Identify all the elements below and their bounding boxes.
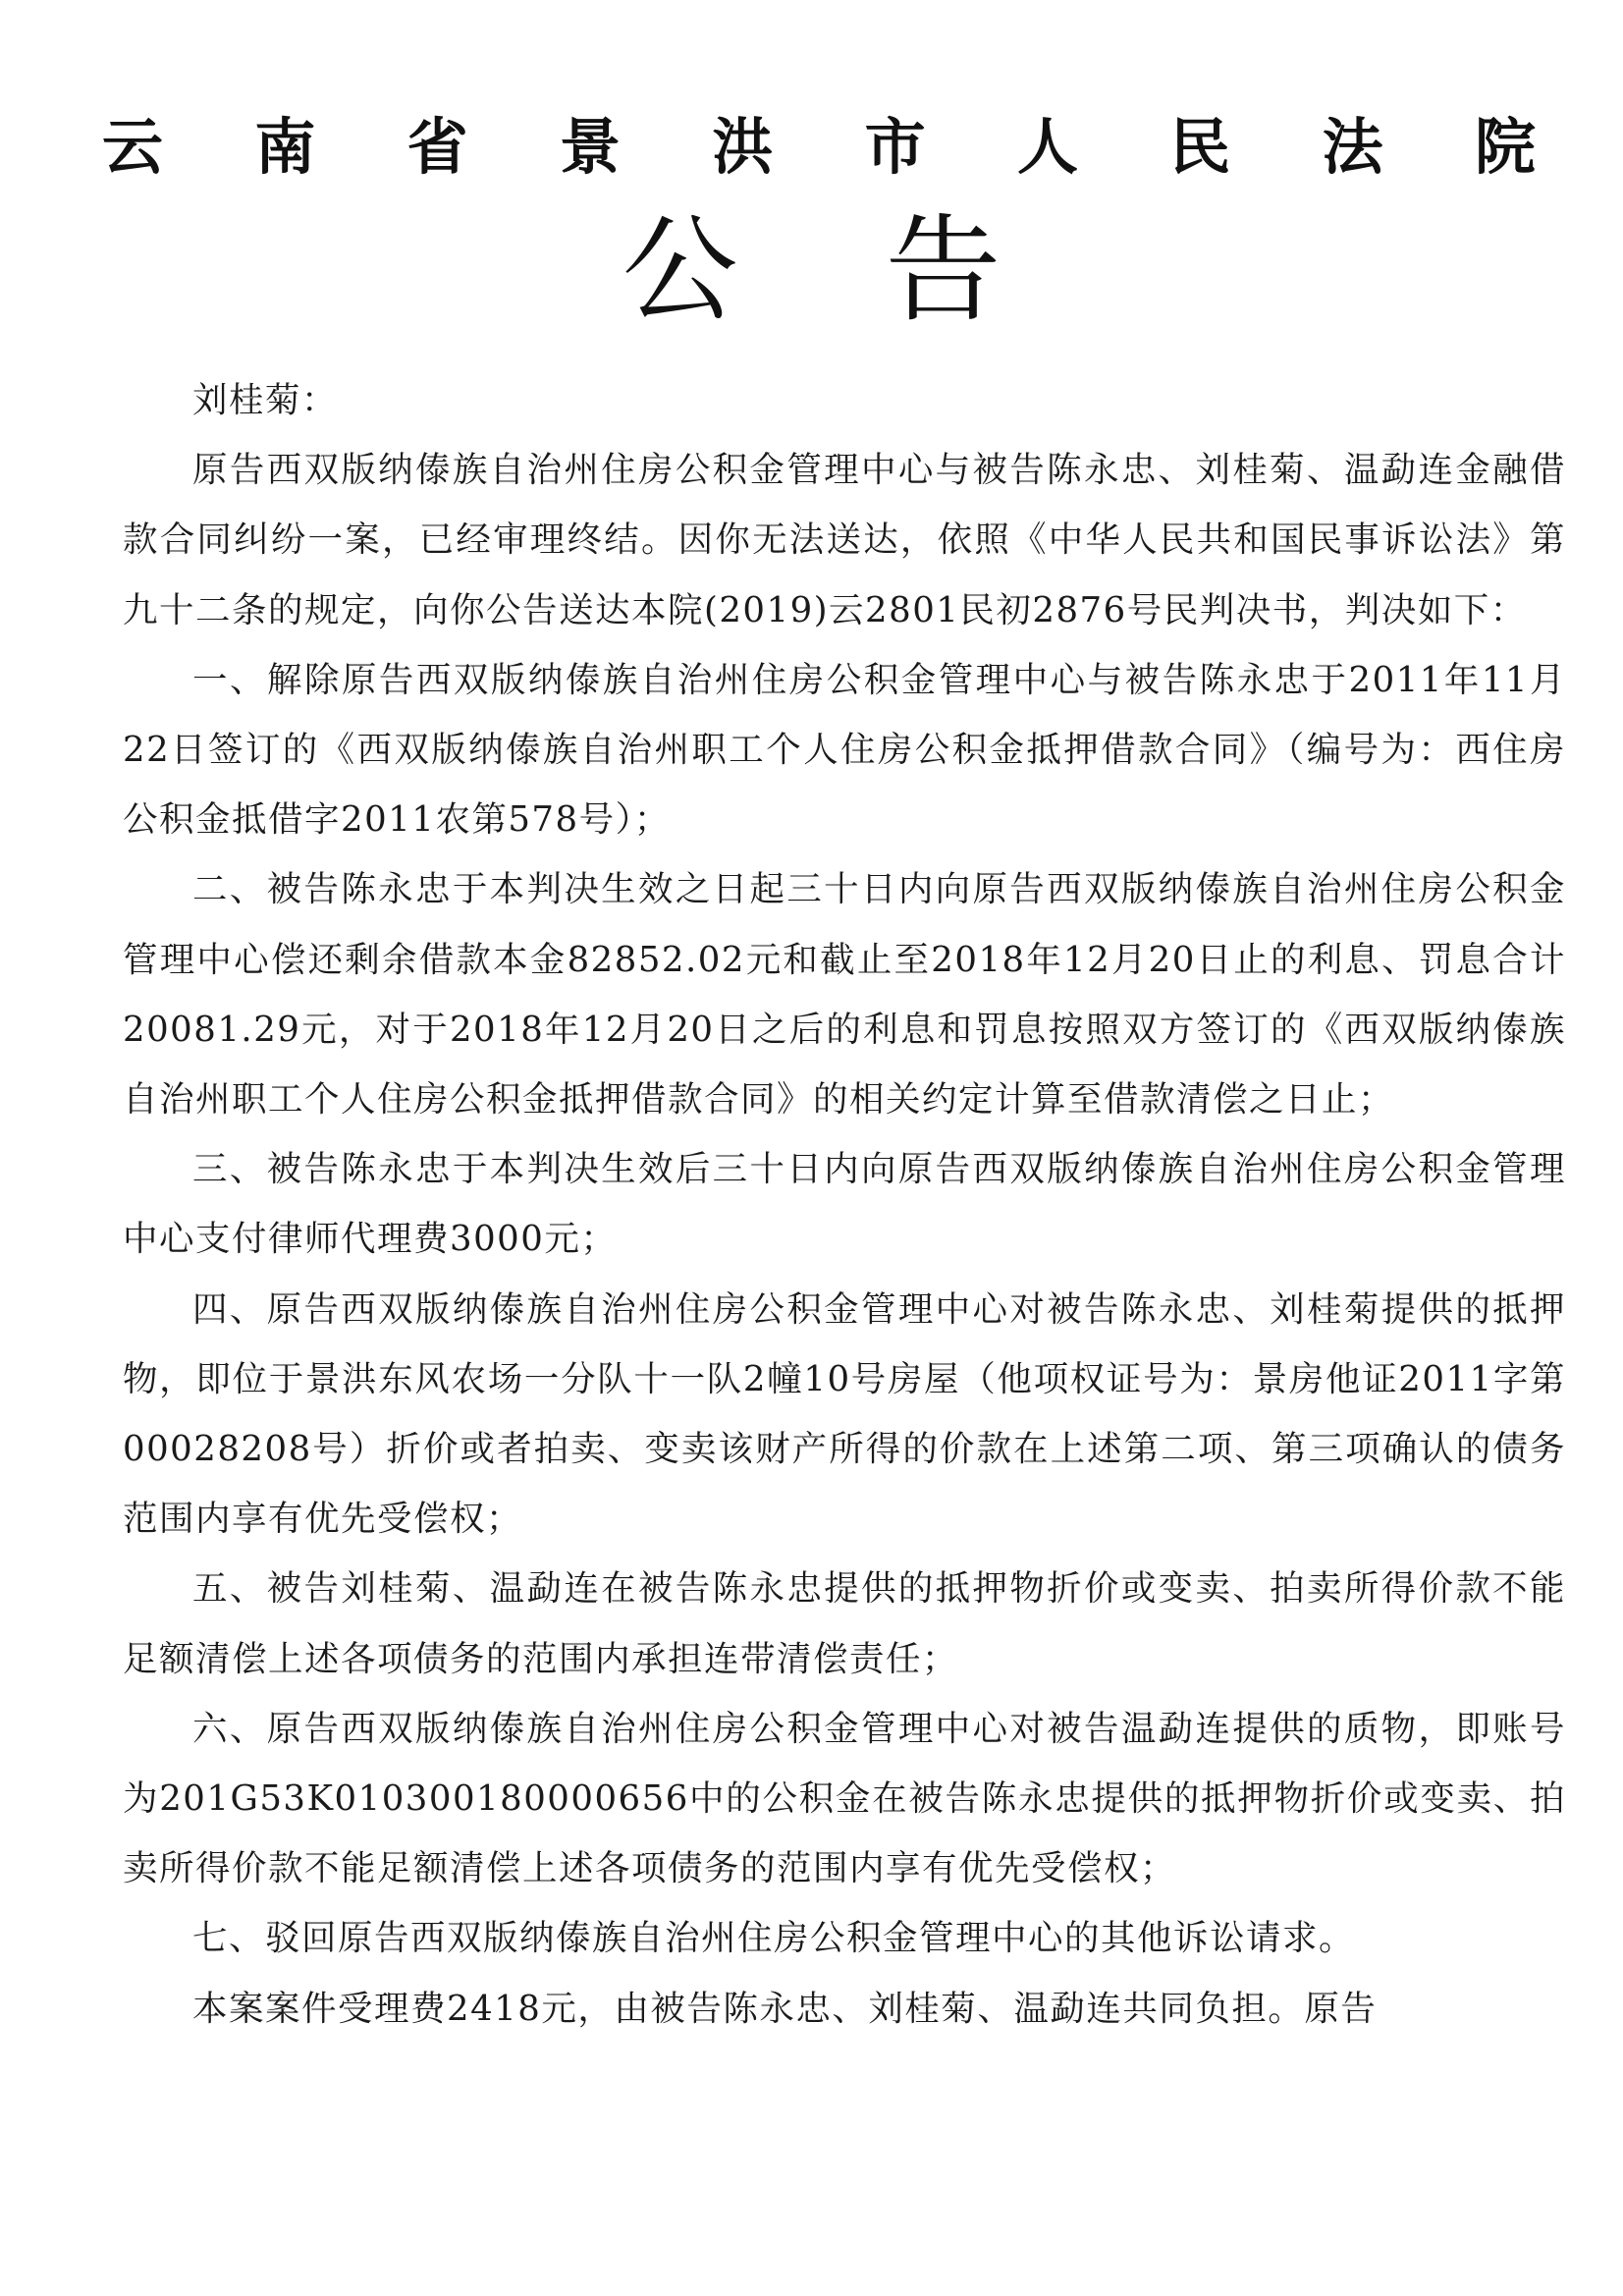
court-name-char: 云	[102, 110, 163, 185]
court-name-char: 院	[1475, 110, 1536, 185]
intro-paragraph: 原告西双版纳傣族自治州住房公积金管理中心与被告陈永忠、刘桂菊、温勐连金融借款合同…	[123, 435, 1566, 645]
judgment-item-6: 六、原告西双版纳傣族自治州住房公积金管理中心对被告温勐连提供的质物，即账号为20…	[123, 1694, 1566, 1904]
court-name-char: 南	[254, 110, 315, 185]
court-name-char: 省	[407, 110, 468, 185]
court-name-char: 洪	[712, 110, 773, 185]
addressee: 刘桂菊：	[123, 365, 1566, 435]
notice-body: 刘桂菊： 原告西双版纳傣族自治州住房公积金管理中心与被告陈永忠、刘桂菊、温勐连金…	[123, 365, 1566, 2044]
judgment-item-5: 五、被告刘桂菊、温勐连在被告陈永忠提供的抵押物折价或变卖、拍卖所得价款不能足额清…	[123, 1554, 1566, 1693]
judgment-item-4: 四、原告西双版纳傣族自治州住房公积金管理中心对被告陈永忠、刘桂菊提供的抵押物，即…	[123, 1275, 1566, 1555]
court-name-char: 景	[560, 110, 621, 185]
judgment-item-3: 三、被告陈永忠于本判决生效后三十日内向原告西双版纳傣族自治州住房公积金管理中心支…	[123, 1134, 1566, 1274]
court-name-heading: 云 南 省 景 洪 市 人 民 法 院	[102, 110, 1536, 185]
judgment-item-1: 一、解除原告西双版纳傣族自治州住房公积金管理中心与被告陈永忠于2011年11月2…	[123, 645, 1566, 855]
court-name-char: 民	[1169, 110, 1230, 185]
court-notice-page: 云 南 省 景 洪 市 人 民 法 院 公告 刘桂菊： 原告西双版纳傣族自治州住…	[0, 0, 1623, 2296]
court-name-char: 市	[865, 110, 926, 185]
document-title: 公告	[0, 201, 1623, 339]
judgment-item-2: 二、被告陈永忠于本判决生效之日起三十日内向原告西双版纳傣族自治州住房公积金管理中…	[123, 854, 1566, 1134]
fee-note-paragraph: 本案案件受理费2418元，由被告陈永忠、刘桂菊、温勐连共同负担。原告	[123, 1974, 1566, 2044]
judgment-item-7: 七、驳回原告西双版纳傣族自治州住房公积金管理中心的其他诉讼请求。	[123, 1903, 1566, 1973]
court-name-char: 人	[1017, 110, 1078, 185]
court-name-char: 法	[1323, 110, 1383, 185]
